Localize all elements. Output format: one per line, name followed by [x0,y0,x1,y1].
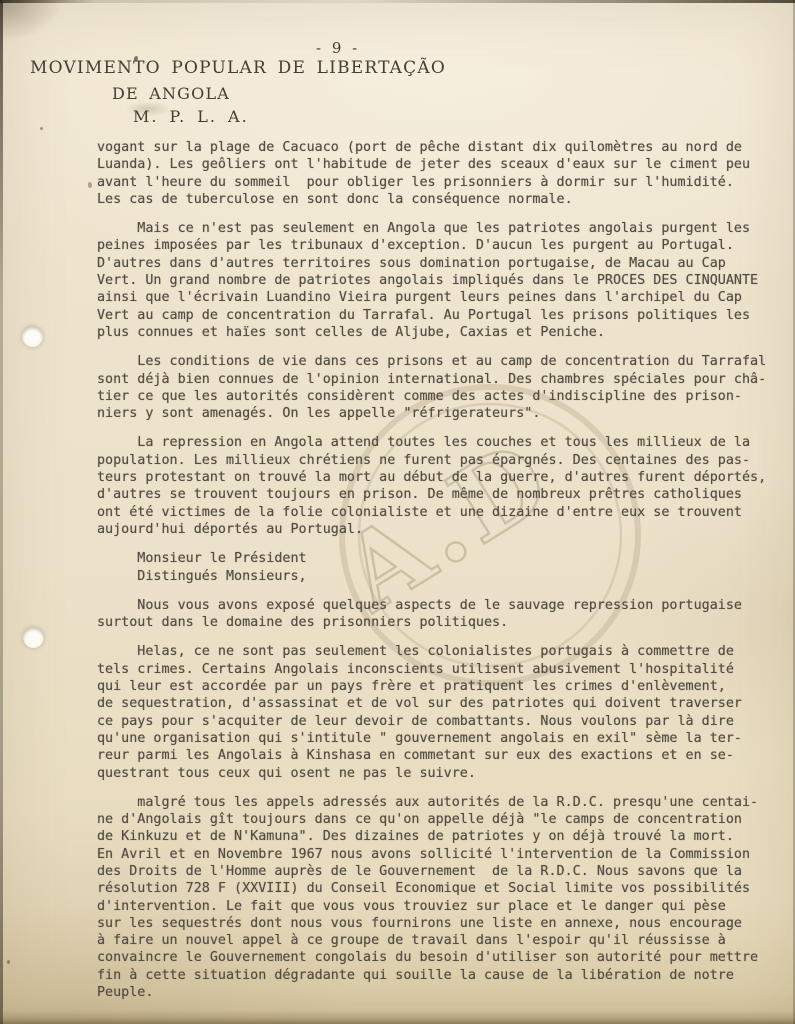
letterhead-country: DE ANGOLA [112,84,230,103]
paragraph: malgré tous les appels adressés aux auto… [97,794,789,1002]
paragraph-continuation: vogant sur la plage de Cacuaco (port de … [97,139,789,208]
letterhead-acronym: M. P. L. A. [133,107,249,126]
ink-speck [7,960,10,964]
punch-hole [23,627,44,648]
scan-edge-left [0,0,3,1024]
document-body: vogant sur la plage de Cacuaco (port de … [97,139,789,1013]
paragraph: Les conditions de vie dans ces prisons e… [97,353,789,422]
paragraph: Helas, ce ne sont pas seulement les colo… [97,643,789,781]
scan-edge-top [0,0,795,3]
punch-hole [22,326,43,347]
ink-speck [88,182,92,188]
paragraph: Nous vous avons exposé quelques aspects … [97,597,789,632]
scanned-document-page: A.D - 9 - MOVIMENTO POPULAR DE LIBERTAÇÃ… [0,0,795,1024]
ink-speck [40,127,43,130]
paragraph: Mais ce n'est pas seulement en Angola qu… [97,220,789,341]
page-number: - 9 - [316,39,360,57]
salutation: Monsieur le Président Distingués Monsieu… [97,550,789,585]
letterhead-movement-name: MOVIMENTO POPULAR DE LIBERTAÇÃO [30,58,446,78]
paragraph: La repression en Angola attend toutes le… [97,434,789,538]
